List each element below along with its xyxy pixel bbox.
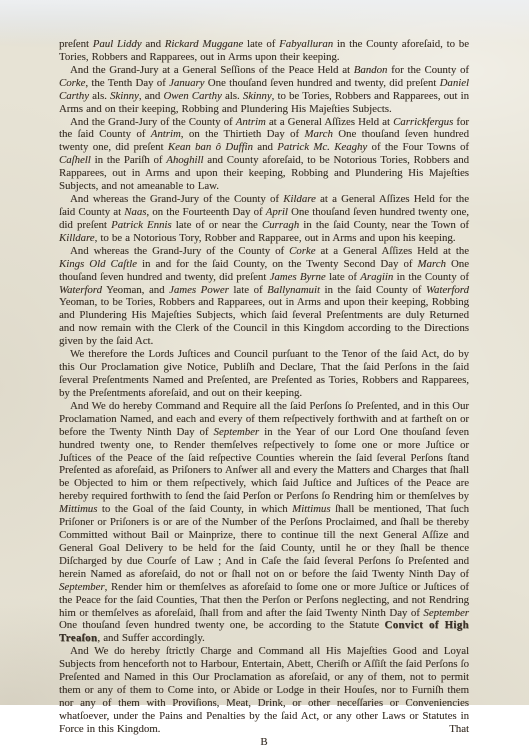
paper-page: preſent Paul Liddy and Rickard Muggane l… [0, 0, 529, 705]
paragraph-lords-justices-declaration: We therefore the Lords Juſtices and Coun… [59, 348, 469, 400]
paragraph-presentment-kildare: And whereas the Grand-Jury of the County… [59, 193, 469, 245]
paragraph-charge-not-to-harbour: And We do hereby ſtrictly Charge and Com… [59, 645, 469, 705]
paragraph-presentment-bandon-corke: And the Grand-Jury at a General Seſſions… [59, 64, 469, 116]
paragraph-presentment-antrim: And the Grand-Jury of the County of Antr… [59, 116, 469, 194]
paragraph-command-to-surrender: And We do hereby Command and Require all… [59, 400, 469, 646]
paragraph-presentment-corke-waterford: And whereas the Grand-Jury of the County… [59, 245, 469, 348]
proclamation-text-block: preſent Paul Liddy and Rickard Muggane l… [59, 38, 469, 705]
paragraph-presentment-liddy-muggane: preſent Paul Liddy and Rickard Muggane l… [59, 38, 469, 64]
